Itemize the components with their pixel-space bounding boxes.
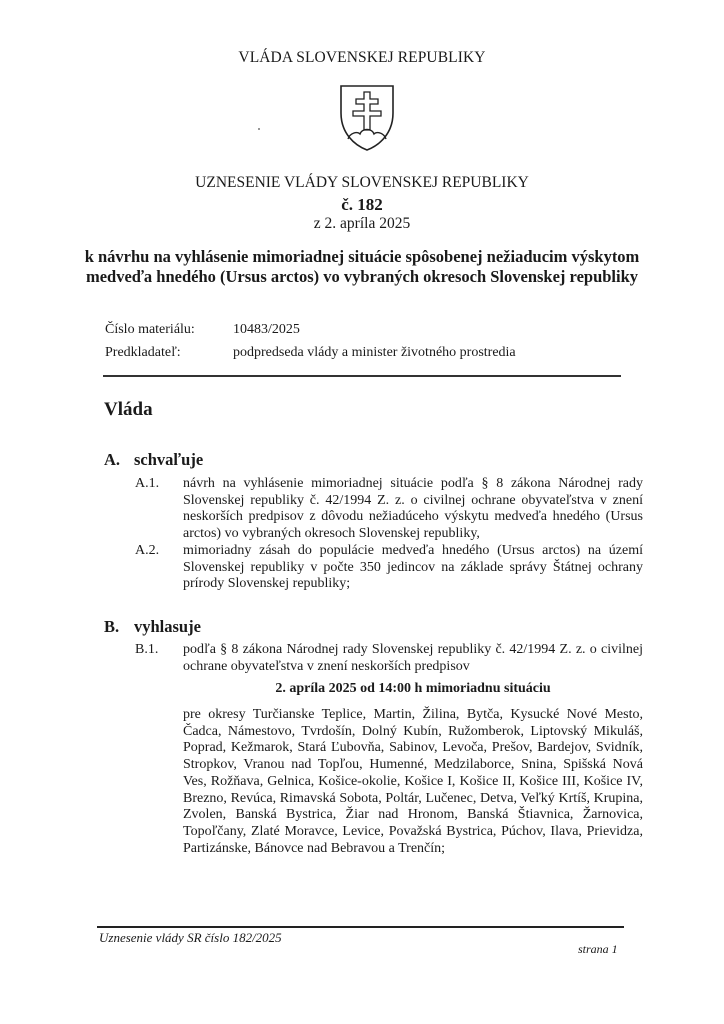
resolution-subject: k návrhu na vyhlásenie mimoriadnej situá… — [80, 247, 644, 287]
slovak-coat-of-arms-icon — [338, 83, 396, 153]
scan-speck — [258, 128, 260, 130]
item-text-a2: mimoriadny zásah do populácie medveďa hn… — [183, 543, 643, 593]
footer-page-number: strana 1 — [578, 942, 618, 957]
item-label-a2: A.2. — [135, 543, 159, 559]
footer-divider — [97, 926, 624, 928]
districts-list: pre okresy Turčianske Teplice, Martin, Ž… — [183, 707, 643, 857]
section-verb: vyhlasuje — [134, 617, 201, 637]
item-label-a1: A.1. — [135, 476, 159, 492]
body-heading: Vláda — [104, 399, 153, 421]
item-text-a1: návrh na vyhlásenie mimoriadnej situácie… — [183, 476, 643, 543]
metadata-row-submitter: Predkladateľ:podpredseda vlády a ministe… — [105, 345, 516, 361]
item-text-b1: podľa § 8 zákona Národnej rady Slovenske… — [183, 642, 643, 675]
section-letter: A. — [104, 450, 120, 470]
metadata-label: Predkladateľ: — [105, 345, 233, 361]
resolution-number: č. 182 — [0, 195, 724, 215]
government-name: VLÁDA SLOVENSKEJ REPUBLIKY — [0, 49, 724, 67]
footer-resolution-reference: Uznesenie vlády SR číslo 182/2025 — [99, 930, 282, 946]
resolution-date: z 2. apríla 2025 — [0, 215, 724, 233]
metadata-row-material-number: Číslo materiálu:10483/2025 — [105, 322, 300, 338]
resolution-title: UZNESENIE VLÁDY SLOVENSKEJ REPUBLIKY — [0, 174, 724, 192]
section-letter: B. — [104, 617, 119, 637]
divider — [103, 375, 621, 377]
item-label-b1: B.1. — [135, 642, 158, 658]
section-verb: schvaľuje — [134, 450, 203, 470]
metadata-label: Číslo materiálu: — [105, 322, 233, 338]
metadata-value: podpredseda vlády a minister životného p… — [233, 345, 516, 360]
emergency-declaration: 2. apríla 2025 od 14:00 h mimoriadnu sit… — [183, 681, 643, 697]
metadata-value: 10483/2025 — [233, 322, 300, 337]
